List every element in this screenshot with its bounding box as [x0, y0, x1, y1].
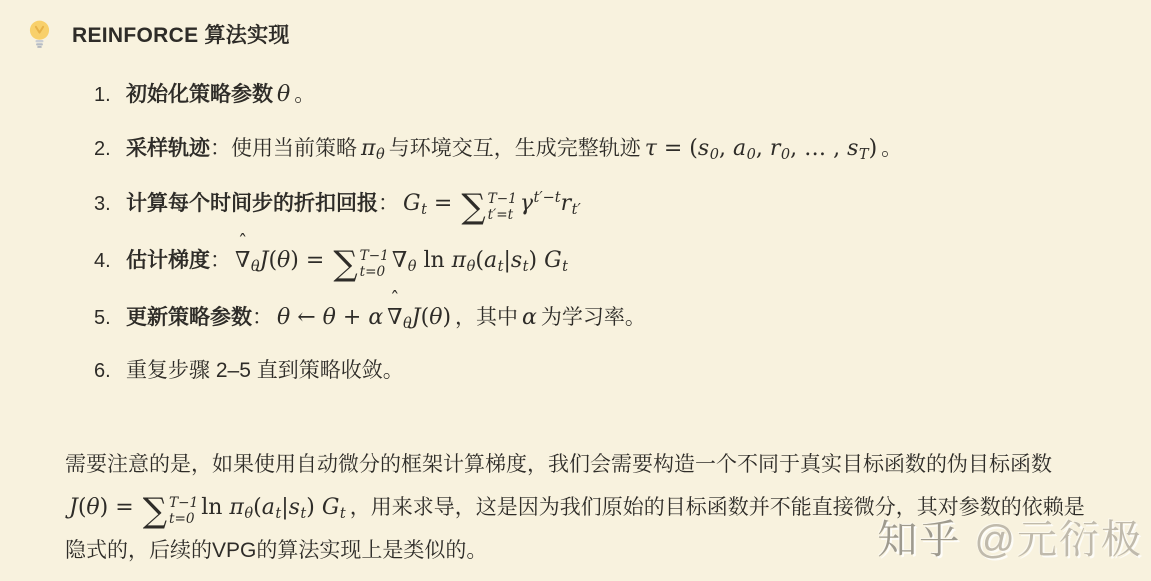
step-label: 估计梯度 [126, 249, 210, 272]
step-item-1: 1.初始化策略参数θ。 [94, 78, 1121, 112]
step-number: 3. [94, 189, 119, 220]
inline-formula: J(θ) = ∑T−1t=0ln πθ(at|st) Gt [69, 495, 346, 520]
step-content: 更新策略参数：θ ← θ + αˆ∇θJ(θ)，其中α为学习率。 [126, 301, 646, 336]
step-content: 重复步骤 2–5 直到策略收敛。 [126, 355, 404, 388]
step-number: 1. [94, 80, 119, 111]
card-title: REINFORCE 算法实现 [72, 19, 290, 49]
step-content: 估计梯度：ˆ∇θJ(θ) = ∑T−1t=0∇θ ln πθ(at|st) Gt [126, 244, 572, 281]
step-label: 采样轨迹 [126, 137, 210, 160]
step-content: 采样轨迹：使用当前策略πθ与环境交互，生成完整轨迹τ = (s0, a0, r0… [126, 132, 902, 167]
summation-symbol: ∑T−1t=0 [143, 495, 199, 527]
summation-symbol: ∑T−1t=0 [333, 248, 389, 280]
step-content: 计算每个时间步的折扣回报：Gt = ∑T−1t′=tγt′−trt′ [126, 187, 585, 224]
hat-operator: ˆ∇ [235, 244, 250, 278]
inline-formula: ˆ∇θJ(θ) = ∑T−1t=0∇θ ln πθ(at|st) Gt [235, 248, 568, 273]
step-label: 初始化策略参数 [126, 83, 273, 106]
text-segment: ： [378, 192, 399, 215]
step-label: 计算每个时间步的折扣回报 [126, 192, 378, 215]
text-segment: 。 [881, 137, 902, 160]
text-segment: ：使用当前策略 [210, 137, 357, 160]
text-segment: ，其中 [455, 306, 518, 329]
text-segment: 为学习率。 [541, 306, 646, 329]
inline-formula: θ [277, 82, 290, 107]
step-label: 更新策略参数 [126, 306, 252, 329]
text-segment: ： [210, 249, 231, 272]
step-content: 初始化策略参数θ。 [126, 78, 315, 112]
step-item-4: 4.估计梯度：ˆ∇θJ(θ) = ∑T−1t=0∇θ ln πθ(at|st) … [94, 244, 1121, 281]
text-segment: ： [252, 306, 273, 329]
text-segment: 与环境交互，生成完整轨迹 [389, 137, 641, 160]
text-segment: 。 [294, 83, 315, 106]
text-segment: 需要注意的是，如果使用自动微分的框架计算梯度，我们会需要构造一个不同于真实目标函… [65, 453, 1052, 476]
inline-formula: πθ [361, 136, 385, 161]
summation-symbol: ∑T−1t′=t [461, 191, 517, 223]
step-item-3: 3.计算每个时间步的折扣回报：Gt = ∑T−1t′=tγt′−trt′ [94, 187, 1121, 224]
step-number: 5. [94, 303, 119, 334]
inline-formula: θ ← θ + αˆ∇θJ(θ) [277, 305, 451, 330]
step-item-6: 6.重复步骤 2–5 直到策略收敛。 [94, 355, 1121, 388]
note-card: REINFORCE 算法实现 1.初始化策略参数θ。2.采样轨迹：使用当前策略π… [0, 0, 1151, 581]
hat-operator: ˆ∇ [387, 301, 402, 335]
card-header: REINFORCE 算法实现 [28, 19, 1121, 49]
algorithm-steps: 1.初始化策略参数θ。2.采样轨迹：使用当前策略πθ与环境交互，生成完整轨迹τ … [28, 78, 1121, 388]
text-segment: 重复步骤 2–5 直到策略收敛。 [126, 359, 404, 382]
step-item-5: 5.更新策略参数：θ ← θ + αˆ∇θJ(θ)，其中α为学习率。 [94, 301, 1121, 336]
note-paragraph: 需要注意的是，如果使用自动微分的框架计算梯度，我们会需要构造一个不同于真实目标函… [65, 444, 1103, 572]
step-item-2: 2.采样轨迹：使用当前策略πθ与环境交互，生成完整轨迹τ = (s0, a0, … [94, 132, 1121, 167]
inline-formula: Gt = ∑T−1t′=tγt′−trt′ [403, 191, 581, 216]
inline-formula: τ = (s0, a0, r0, … , sT) [645, 136, 877, 161]
step-number: 4. [94, 246, 119, 277]
step-number: 2. [94, 134, 119, 165]
step-number: 6. [94, 356, 119, 387]
lightbulb-icon [28, 19, 51, 49]
inline-formula: α [522, 305, 537, 330]
